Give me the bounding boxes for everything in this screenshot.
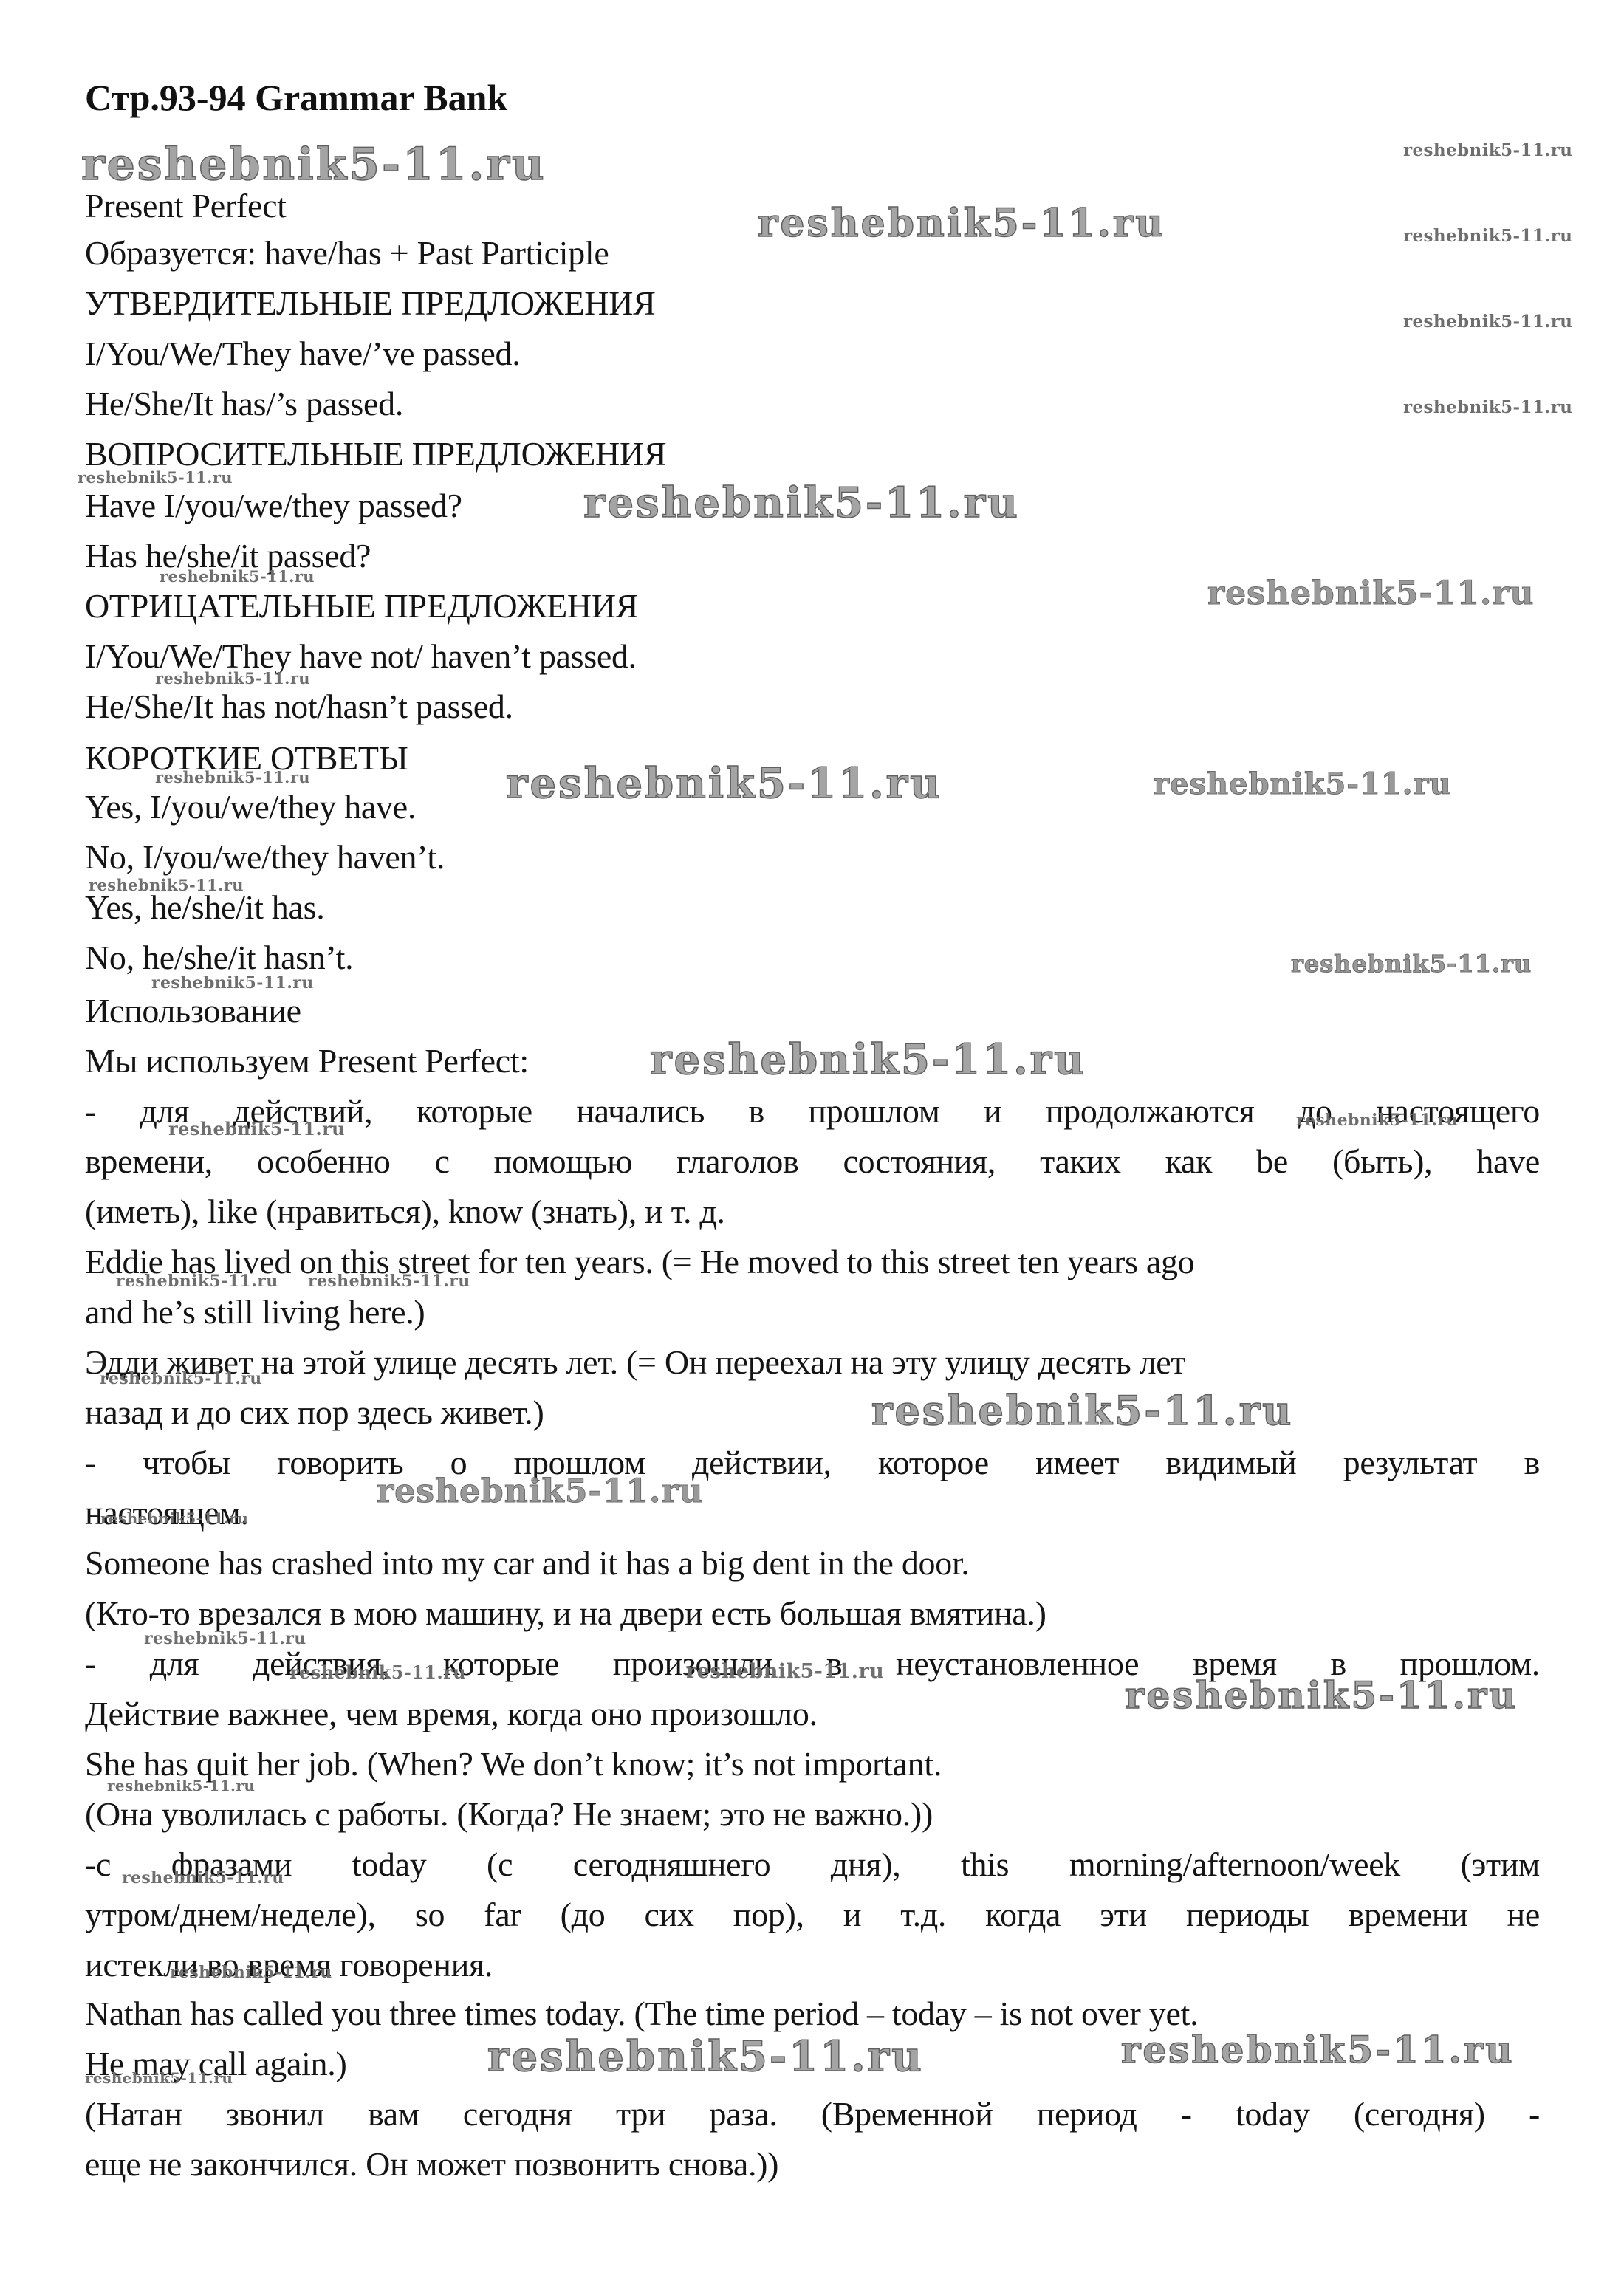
text-line: (Она уволилась с работы. (Когда? Не знае… [85,1794,1540,1834]
text-line: Nathan has called you three times today.… [85,1994,1540,2034]
page-title: Стр.93-94 Grammar Bank [85,77,507,118]
text-line: (Натан звонил вам сегодня три раза. (Вре… [85,2094,1540,2134]
text-line: настоящем. [85,1493,1540,1533]
text-line: УТВЕРДИТЕЛЬНЫЕ ПРЕДЛОЖЕНИЯ [85,284,1540,323]
text-line: Have I/you/we/they passed? [85,486,1540,526]
text-line: Использование [85,991,1540,1031]
text-line: утром/днем/неделе), so far (до сих пор),… [85,1895,1540,1935]
text-line: Yes, he/she/it has. [85,888,1540,928]
text-line: Has he/she/it passed? [85,536,1540,576]
text-line: - чтобы говорить о прошлом действии, кот… [85,1443,1540,1483]
text-line: ВОПРОСИТЕЛЬНЫЕ ПРЕДЛОЖЕНИЯ [85,434,1540,474]
text-line: Эдди живет на этой улице десять лет. (= … [85,1343,1540,1382]
text-line: - для действий, которые начались в прошл… [85,1091,1540,1131]
text-line: еще не закончился. Он может позвонить сн… [85,2144,1540,2184]
text-line: - для действия, которые произошли в неус… [85,1644,1540,1684]
text-line: I/You/We/They have/’ve passed. [85,334,1540,374]
text-line: (Кто-то врезался в мою машину, и на двер… [85,1594,1540,1633]
text-line: He/She/It has/’s passed. [85,384,1540,424]
text-line: истекли во время говорения. [85,1945,1540,1985]
text-line: ОТРИЦАТЕЛЬНЫЕ ПРЕДЛОЖЕНИЯ [85,586,1540,626]
text-line: and he’s still living here.) [85,1292,1540,1332]
text-line: He may call again.) [85,2044,1540,2084]
text-line: КОРОТКИЕ ОТВЕТЫ [85,738,1540,778]
text-line: Образуется: have/has + Past Participle [85,233,1540,273]
text-line: Eddie has lived on this street for ten y… [85,1242,1540,1282]
text-line: времени, особенно с помощью глаголов сос… [85,1142,1540,1182]
text-line: Someone has crashed into my car and it h… [85,1543,1540,1583]
text-line: -с фразами today (с сегодняшнего дня), t… [85,1845,1540,1885]
text-line: (иметь), like (нравиться), know (знать),… [85,1192,1540,1232]
text-line: No, he/she/it hasn’t. [85,938,1540,978]
text-line: No, I/you/we/they haven’t. [85,837,1540,877]
text-line: Present Perfect [85,186,1540,226]
text-line: Действие важнее, чем время, когда оно пр… [85,1694,1540,1734]
watermark-text: reshebnik5-11.ru [81,139,547,191]
text-line: I/You/We/They have not/ haven’t passed. [85,637,1540,676]
text-line: He/She/It has not/hasn’t passed. [85,687,1540,727]
text-line: назад и до сих пор здесь живет.) [85,1393,1540,1433]
watermark-text: reshebnik5-11.ru [1403,140,1572,160]
text-line: Yes, I/you/we/they have. [85,787,1540,827]
document-page: Стр.93-94 Grammar Bank Present PerfectОб… [0,0,1624,2287]
text-line: She has quit her job. (When? We don’t kn… [85,1744,1540,1784]
text-line: Мы используем Present Perfect: [85,1041,1540,1081]
